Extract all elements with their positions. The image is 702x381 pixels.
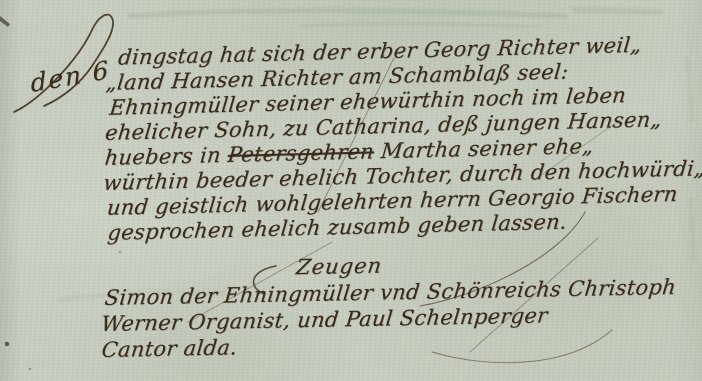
- margin-date-note: den 6: [30, 55, 112, 98]
- ink-speck: [5, 342, 9, 346]
- ink-speck: [29, 368, 31, 370]
- bleed-through-stroke: [300, 24, 540, 27]
- entry-text-block: dingstag hat sich der erber Georg Richte…: [100, 31, 702, 246]
- ink-speck: [119, 251, 121, 253]
- bleed-through-stroke: [130, 11, 565, 16]
- bleed-through-stroke: [575, 10, 660, 12]
- entry-line-5-pre: huebers in: [104, 143, 229, 170]
- entry-line-5-struck-word: Petersgehren: [227, 139, 376, 167]
- witness-section: Zeugen Simon der Ehningmüller vnd Schönr…: [100, 246, 677, 363]
- manuscript-page: den 6 dingstag hat sich der erber Georg …: [0, 0, 702, 381]
- ink-speck: [0, 16, 10, 27]
